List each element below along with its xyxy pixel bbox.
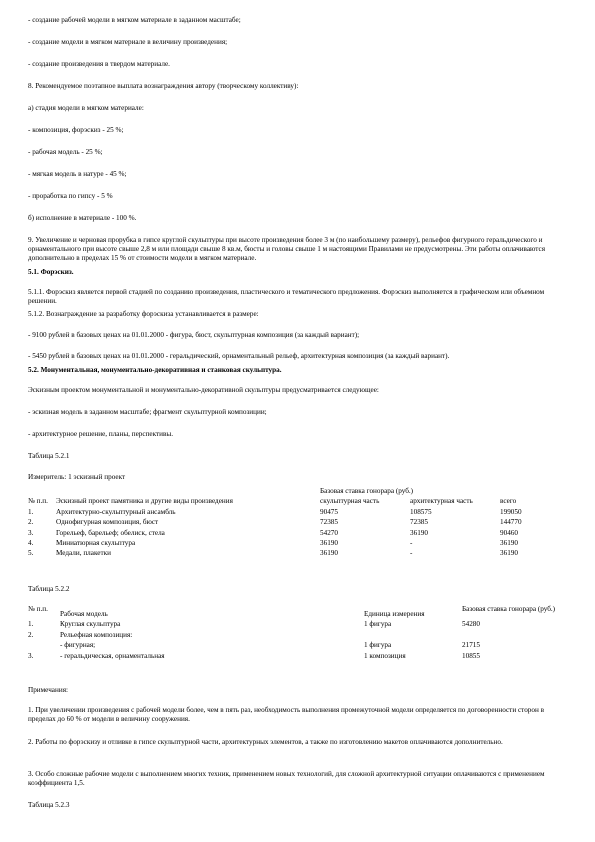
stage-item: - рабочая модель - 25 %; [28,148,568,157]
requirement-item: - архитектурное решение, планы, перспект… [28,430,568,439]
note-item: 1. При увеличении произведения с рабочей… [28,706,568,724]
bullet-hard-material: - создание произведения в твердом матери… [28,60,568,69]
table-row: 5. Медали, плакетки 36190 - 36190 [28,548,560,558]
section-5-2-title: 5.2. Монументальная, монументально-декор… [28,366,568,375]
table-row: 1. Архитектурно-скульптурный ансамбль 90… [28,507,560,517]
table-5-2-2: № п.п. Рабочая модель Единица измерения … [28,604,558,661]
stage-item: - проработка по гипсу - 5 % [28,192,568,201]
table-1-caption: Таблица 5.2.1 [28,452,568,461]
bullet-full-size-model: - создание модели в мягком материале в в… [28,38,568,47]
table-row: - фигурная; 1 фигура 21715 [28,640,558,650]
header-unit: Единица измерения [364,604,462,619]
header-total: всего [500,496,560,506]
table-row: 1. Круглая скульптура 1 фигура 54280 [28,619,558,629]
header-arch: архитектурная часть [410,496,500,506]
header-rate: Базовая ставка гонорара (руб.) [462,604,558,619]
stage-item: - композиция, форэскиз - 25 %; [28,126,568,135]
header-base-rate: Базовая ставка гонорара (руб.) [320,486,560,496]
table-row: 3. - геральдическая, орнаментальная 1 ко… [28,651,558,661]
header-sculpt: скульптурная часть [320,496,410,506]
requirement-item: - эскизная модель в заданном масштабе; ф… [28,408,568,417]
table-row: 2. Рельефная композиция: [28,630,558,640]
table-row: 2. Однофигурная композиция, бюст 72385 7… [28,517,560,527]
header-num: № п.п. [28,496,56,506]
table-2-caption: Таблица 5.2.2 [28,585,568,594]
stage-item: - мягкая модель в натуре - 45 %; [28,170,568,179]
section-5-1-title: 5.1. Форэскиз. [28,268,568,277]
notes-title: Примечания: [28,686,568,695]
section-5-1-2-text: 5.1.2. Вознаграждение за разработку форэ… [28,310,568,319]
table-row: 3. Горельеф, барельеф; обелиск, стела 54… [28,528,560,538]
section-5-2-intro: Эскизным проектом монументальной и монум… [28,386,568,395]
section-8-b-item: б) исполнение в материале - 100 %. [28,214,568,223]
note-item: 3. Особо сложные рабочие модели с выполн… [28,770,568,788]
section-8-title: 8. Рекомендуемое поэтапное выплата возна… [28,82,568,91]
section-5-1-1-text: 5.1.1. Форэскиз является первой стадией … [28,288,568,306]
header-name: Эскизный проект памятника и другие виды … [56,496,320,506]
table-3-caption: Таблица 5.2.3 [28,801,568,810]
note-item: 2. Работы по форэскизу и отливке в гипсе… [28,738,568,747]
table-1-meter: Измеритель: 1 эскизный проект [28,473,568,482]
section-9-text: 9. Увеличение и черновая прорубка в гипс… [28,236,568,263]
header-name: Рабочая модель [60,604,364,619]
table-row: 4. Миниатюрная скульптура 36190 - 36190 [28,538,560,548]
table-5-2-1: Базовая ставка гонорара (руб.) № п.п. Эс… [28,486,560,559]
fee-item: - 9100 рублей в базовых ценах на 01.01.2… [28,331,568,340]
bullet-working-model: - создание рабочей модели в мягком матер… [28,16,568,25]
section-8-a-title: а) стадия модели в мягком материале: [28,104,568,113]
fee-item: - 5450 рублей в базовых ценах на 01.01.2… [28,352,568,361]
header-num: № п.п. [28,604,60,619]
